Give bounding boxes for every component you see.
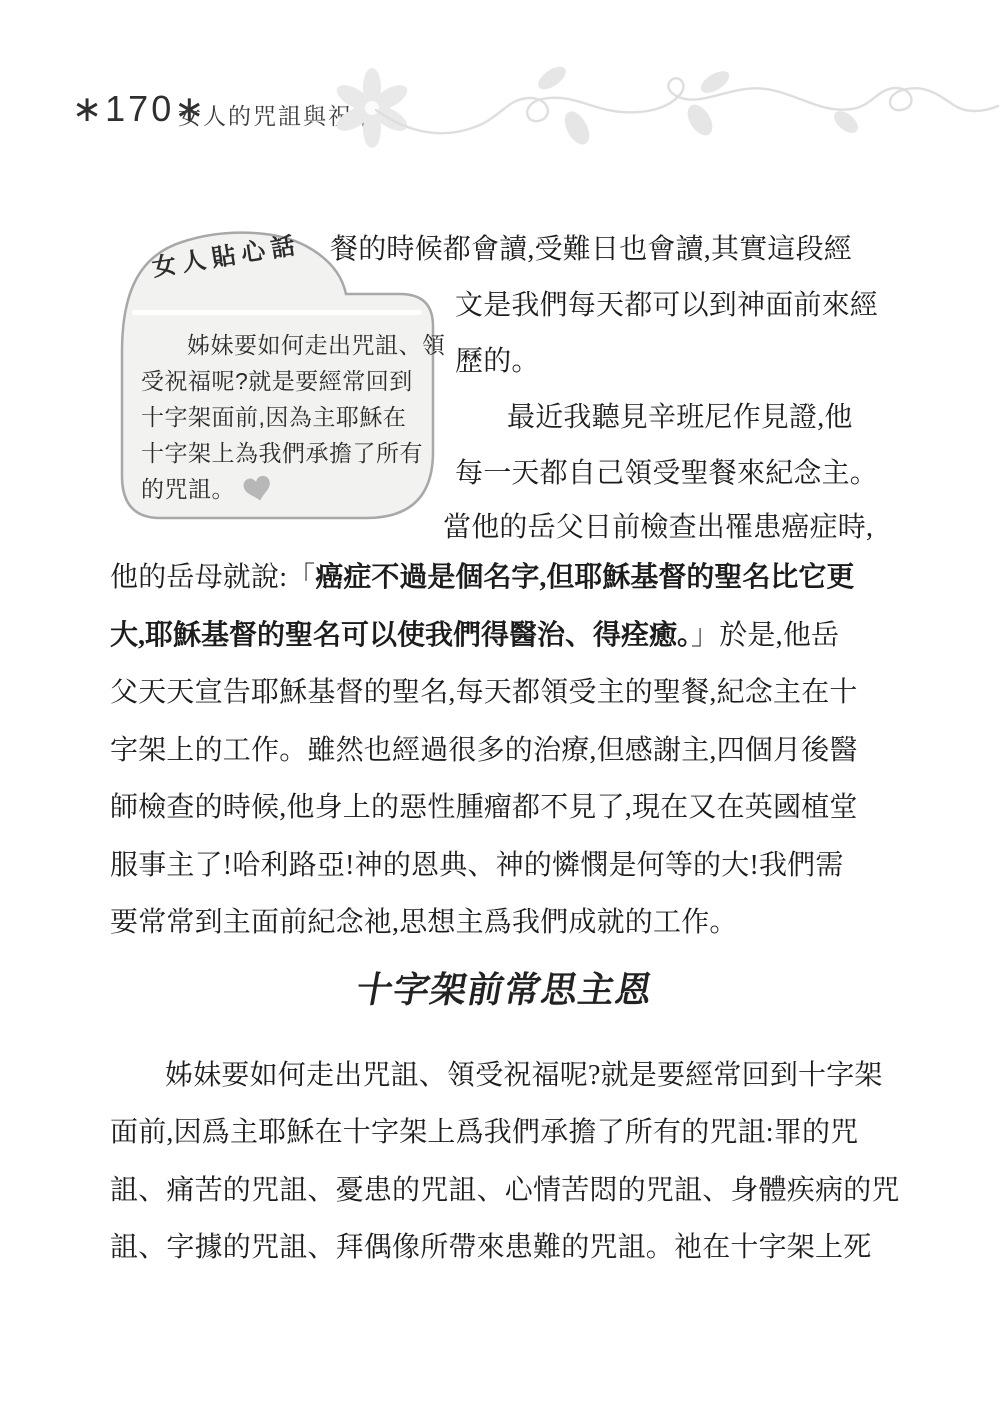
body-line: 服事主了!哈利路亞!神的恩典、神的憐憫是何等的大!我們需 xyxy=(110,843,844,883)
callout-line: 十字架面前,因為主耶穌在 xyxy=(141,399,431,435)
body-line: 面前,因爲主耶穌在十字架上爲我們承擔了所有的咒詛:罪的咒 xyxy=(110,1110,858,1150)
book-page: ∗170∗ 女人的咒詛與祝福 女人貼心話 xyxy=(0,0,1000,1402)
vine-flower-icon xyxy=(330,52,1000,172)
body-line: 文是我們每天都可以到神面前來經 xyxy=(455,283,878,323)
body-line: 大,耶穌基督的聖名可以使我們得醫治、得痊癒。」於是,他岳 xyxy=(110,613,839,653)
callout-divider xyxy=(132,310,422,315)
body-line: 詛、痛苦的咒詛、憂患的咒詛、心情苦悶的咒詛、身體疾病的咒 xyxy=(110,1168,900,1208)
body-line: 他的岳母就說:「癌症不過是個名字,但耶穌基督的聖名比它更 xyxy=(110,555,854,595)
body-line: 詛、字據的咒詛、拜偶像所帶來患難的咒詛。祂在十字架上死 xyxy=(110,1225,871,1265)
body-line: 姊妹要如何走出咒詛、領受祝福呢?就是要經常回到十字架 xyxy=(165,1053,883,1093)
body-line: 每一天都自己領受聖餐來紀念主。 xyxy=(455,451,878,491)
callout-text: 姊妹要如何走出咒詛、領 受祝福呢?就是要經常回到 十字架面前,因為主耶穌在 十字… xyxy=(141,327,431,511)
body-line: 字架上的工作。雖然也經過很多的治療,但感謝主,四個月後醫 xyxy=(110,728,858,768)
callout-line: 的咒詛。 xyxy=(141,471,431,511)
body-line: 要常常到主面前紀念祂,思想主爲我們成就的工作。 xyxy=(110,900,738,940)
vine-decoration xyxy=(330,52,1000,172)
callout-line: 受祝福呢?就是要經常回到 xyxy=(141,363,431,399)
body-line: 歷的。 xyxy=(455,339,540,379)
body-line: 當他的岳父日前檢查出罹患癌症時, xyxy=(443,505,873,545)
body-line: 最近我聽見辛班尼作見證,他 xyxy=(507,395,853,435)
body-line: 父天天宣告耶穌基督的聖名,每天都領受主的聖餐,紀念主在十 xyxy=(110,670,858,710)
heart-icon xyxy=(242,473,276,514)
body-line: 餐的時候都會讀,受難日也會讀,其實這段經 xyxy=(330,227,852,267)
callout-line: 姊妹要如何走出咒詛、領 xyxy=(141,327,431,363)
callout-line: 十字架上為我們承擔了所有 xyxy=(141,435,431,471)
section-heading: 十字架前常思主恩 xyxy=(110,962,900,1013)
body-line: 師檢查的時候,他身上的惡性腫瘤都不見了,現在又在英國植堂 xyxy=(110,785,858,825)
